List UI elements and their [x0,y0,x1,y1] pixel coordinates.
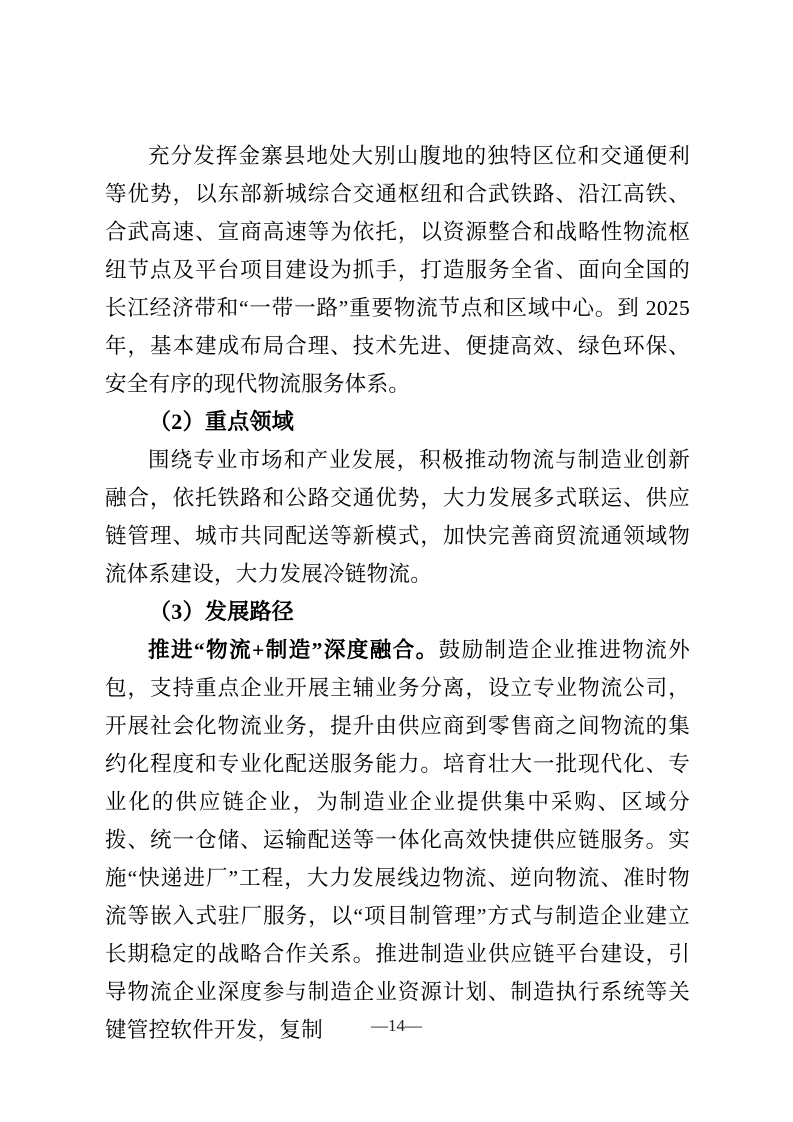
paragraph-key-areas: 围绕专业市场和产业发展，积极推动物流与制造业创新融合，依托铁路和公路交通优势，大… [105,441,690,593]
document-page: 充分发挥金寨县地处大别山腹地的独特区位和交通便利等优势，以东部新城综合交通枢纽和… [0,0,793,1122]
development-path-bold-lead: 推进“物流+制造”深度融合。 [148,638,439,662]
page-number: —14— [0,1012,793,1040]
section-heading-key-areas: （2）重点领域 [105,403,690,441]
development-path-body-text: 鼓励制造企业推进物流外包，支持重点企业开展主辅业务分离，设立专业物流公司，开展社… [105,638,690,1042]
paragraph-development-path: 推进“物流+制造”深度融合。鼓励制造企业推进物流外包，支持重点企业开展主辅业务分… [105,631,690,1049]
section-heading-development-path: （3）发展路径 [105,593,690,631]
paragraph-overview: 充分发挥金寨县地处大别山腹地的独特区位和交通便利等优势，以东部新城综合交通枢纽和… [105,137,690,403]
document-body: 充分发挥金寨县地处大别山腹地的独特区位和交通便利等优势，以东部新城综合交通枢纽和… [105,137,690,1049]
